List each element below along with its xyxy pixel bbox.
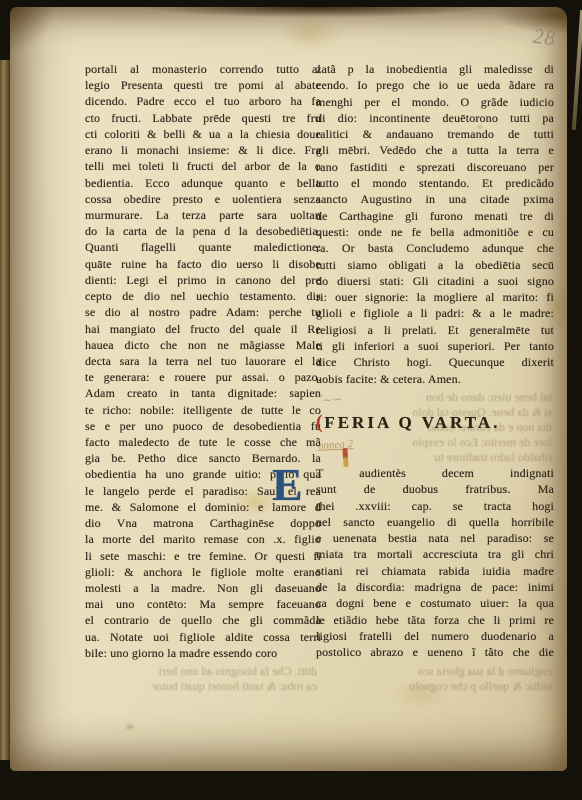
text-line: murmurare. La terza parte sara uoltan xyxy=(85,207,321,223)
text-line: dicendo. Padre ecco el tuo arboro ha fa xyxy=(85,93,321,109)
text-line: e uenenata bestia nata nel paradiso: se xyxy=(316,530,554,546)
section-heading: (FERIA Q VARTA. xyxy=(316,415,554,441)
ink-scribble: ⌒∼∽ xyxy=(309,390,342,409)
right-column-paragraph-2-lines: T audientès decem indignatisunt de duobu… xyxy=(316,465,554,661)
text-line: telli mei toleti li fructi del arbor de … xyxy=(85,158,321,174)
text-line: menghi per el mondo. O grãde iudicio xyxy=(316,94,554,110)
text-line: cepto de dio nel uechio testamento. dis xyxy=(85,288,321,304)
text-line: uobis facite: & cetera. Amen. xyxy=(316,371,554,387)
text-line: facto maledecto de tute le cosse che mã xyxy=(85,434,321,450)
text-line: rano fastiditi e sprezati discoreuano pe… xyxy=(316,159,554,175)
text-line: Adam creato in tanta dignitade: sapien xyxy=(85,385,321,401)
book-photo-background: 28 ditti. Che fa bisognio ad uno herica … xyxy=(0,0,582,800)
text-line: tutto el mondo stentando. Et predicãdo xyxy=(316,175,554,191)
text-line: la morte del marito remase con .x. figli… xyxy=(85,531,321,547)
text-line: do la carta de la pena d la desobediētia… xyxy=(85,223,321,239)
text-line: te generara: e rouere pur assai. o pazo. xyxy=(85,369,321,385)
paper-page: 28 ditti. Che fa bisognio ad uno herica … xyxy=(10,7,567,771)
text-line: sancto Augustino in una citade pxima xyxy=(316,191,554,207)
right-text-column: zatã p la inobedientia gli maledisse dic… xyxy=(316,61,554,661)
text-line: tutti siamo obligati a la obediētia secū xyxy=(316,257,554,273)
text-line: zatã p la inobedientia gli maledisse di xyxy=(316,61,554,77)
text-line: quāte ruine ha facto dio uerso li disobe xyxy=(85,256,321,272)
text-line: religiosi a li prelati. Et generalmēte t… xyxy=(316,322,554,338)
text-line: bedientia. Ecco adunque quanto e bella xyxy=(85,175,321,191)
text-line: decta sara la terra nel tuo lauorare el … xyxy=(85,353,321,369)
text-line: cendo. Io prego che io ue ueda ãdare ra xyxy=(316,77,554,93)
text-line: Quanti flagelli quante maledictione: xyxy=(85,239,321,255)
page-edge-right xyxy=(572,10,582,130)
text-line: de la discordia: madrigna de pace: inimi xyxy=(316,579,554,595)
text-line: se e per uno puoco de desobedientia fu xyxy=(85,418,321,434)
text-line: ralitici & andauano tremando de tutti xyxy=(316,126,554,142)
text-line: thei .xxviii: cap. se tracta hogi xyxy=(316,498,554,514)
text-line: dio Vna matrona Carthaginēse doppo xyxy=(85,515,321,531)
text-line: el contrario de quello che gli commãda xyxy=(85,612,321,628)
text-line: molesti a la madre. Non gli daseuano xyxy=(85,580,321,596)
text-line: ra. Or basta Concludemo adunque che xyxy=(316,240,554,256)
text-line: hai mangiato del fructo del quale il Re xyxy=(85,321,321,337)
left-column-paragraph: portali al monasterio correndo tutto all… xyxy=(85,61,321,661)
text-line: nel sancto euangelio di quella horribile xyxy=(316,514,554,530)
text-line: erano li monachi insieme: & li dice. Fra xyxy=(85,142,321,158)
text-line: ti gli inferiori a suoi superiori. Per t… xyxy=(316,338,554,354)
text-line: te richo: nobile: itelligente de tutte l… xyxy=(85,402,321,418)
text-line: T audientès decem indignati xyxy=(316,465,554,481)
text-line: glioli e figliole a li padri: & a le mad… xyxy=(316,305,554,321)
bleedthrough-text: cogliamo d la sua gloria scouidia: & que… xyxy=(316,664,552,694)
text-line: cti coloriti & belli & ua a la chiesia d… xyxy=(85,126,321,142)
text-line: cossa obedire presto e uolentiera senza xyxy=(85,191,321,207)
folio-number-annotation: 28 xyxy=(532,24,557,51)
section-heading-label: FERIA Q VARTA. xyxy=(324,413,500,432)
left-text-column: portali al monasterio correndo tutto all… xyxy=(85,61,321,661)
text-line: portali al monasterio correndo tutto al xyxy=(85,61,321,77)
text-line: di dio: incontinente deuētorono tutti pa xyxy=(316,110,554,126)
text-line: hauea dicto che non ne mãgiasse Male xyxy=(85,337,321,353)
illuminated-initial: E xyxy=(272,463,303,507)
text-line: gli mēbri. Vedēdo che a tutta la terra e xyxy=(316,142,554,158)
text-line: miata tra mortali accresciuta tra gli ch… xyxy=(316,546,554,562)
right-column-paragraph-2: E T audientès decem indignatisunt de duo… xyxy=(316,465,554,661)
text-line: postolico abrazo e ueneno ĩ tãto che die xyxy=(316,644,554,660)
rubric-paraph-icon: ( xyxy=(316,412,322,433)
text-line: questi: onde ne fe bella admonitiõe e cu xyxy=(316,224,554,240)
text-line: de Carthagine gli furono menati tre di xyxy=(316,208,554,224)
text-line: bile: uno giorno la madre essendo coro xyxy=(85,645,321,661)
text-line: dice Christo hogi. Quecunque dixerit xyxy=(316,354,554,370)
text-line: ligiosi fratelli del numero duodenario a xyxy=(316,628,554,644)
text-line: le etiãdio hebe tãta forza che li primi … xyxy=(316,612,554,628)
text-line: cto fructi. Labbate prēde questi tre fru xyxy=(85,110,321,126)
text-line: mai uno contēto: Ma sempre faceuano xyxy=(85,596,321,612)
text-line: glioli: & anchora le figliole molte eran… xyxy=(85,564,321,580)
text-line: stiani rei chiamata rabida iuidia madre xyxy=(316,563,554,579)
text-line: ca dogni bene e costumato uiuer: la qua xyxy=(316,595,554,611)
text-line: dienti: Legi el primo in canono del pre xyxy=(85,272,321,288)
text-line: ri: ouer signorie: la mogliere al marito… xyxy=(316,289,554,305)
text-line: do diuersi stati: Gli citadini a suoi si… xyxy=(316,273,554,289)
text-line: legio Presenta questi tre pomi al abate xyxy=(85,77,321,93)
text-line: se dio al nostro padre Adam: perche tu xyxy=(85,304,321,320)
text-line: sunt de duobus fratribus. Ma xyxy=(316,481,554,497)
bleedthrough-text: ditti. Che fa bisognio ad uno herica rob… xyxy=(85,664,317,694)
text-line: li sete maschi: e tre femine. Or questi … xyxy=(85,548,321,564)
text-line: ua. Notate uoi figliole aldite cossa ter… xyxy=(85,629,321,645)
right-column-paragraph-1: zatã p la inobedientia gli maledisse dic… xyxy=(316,61,554,387)
